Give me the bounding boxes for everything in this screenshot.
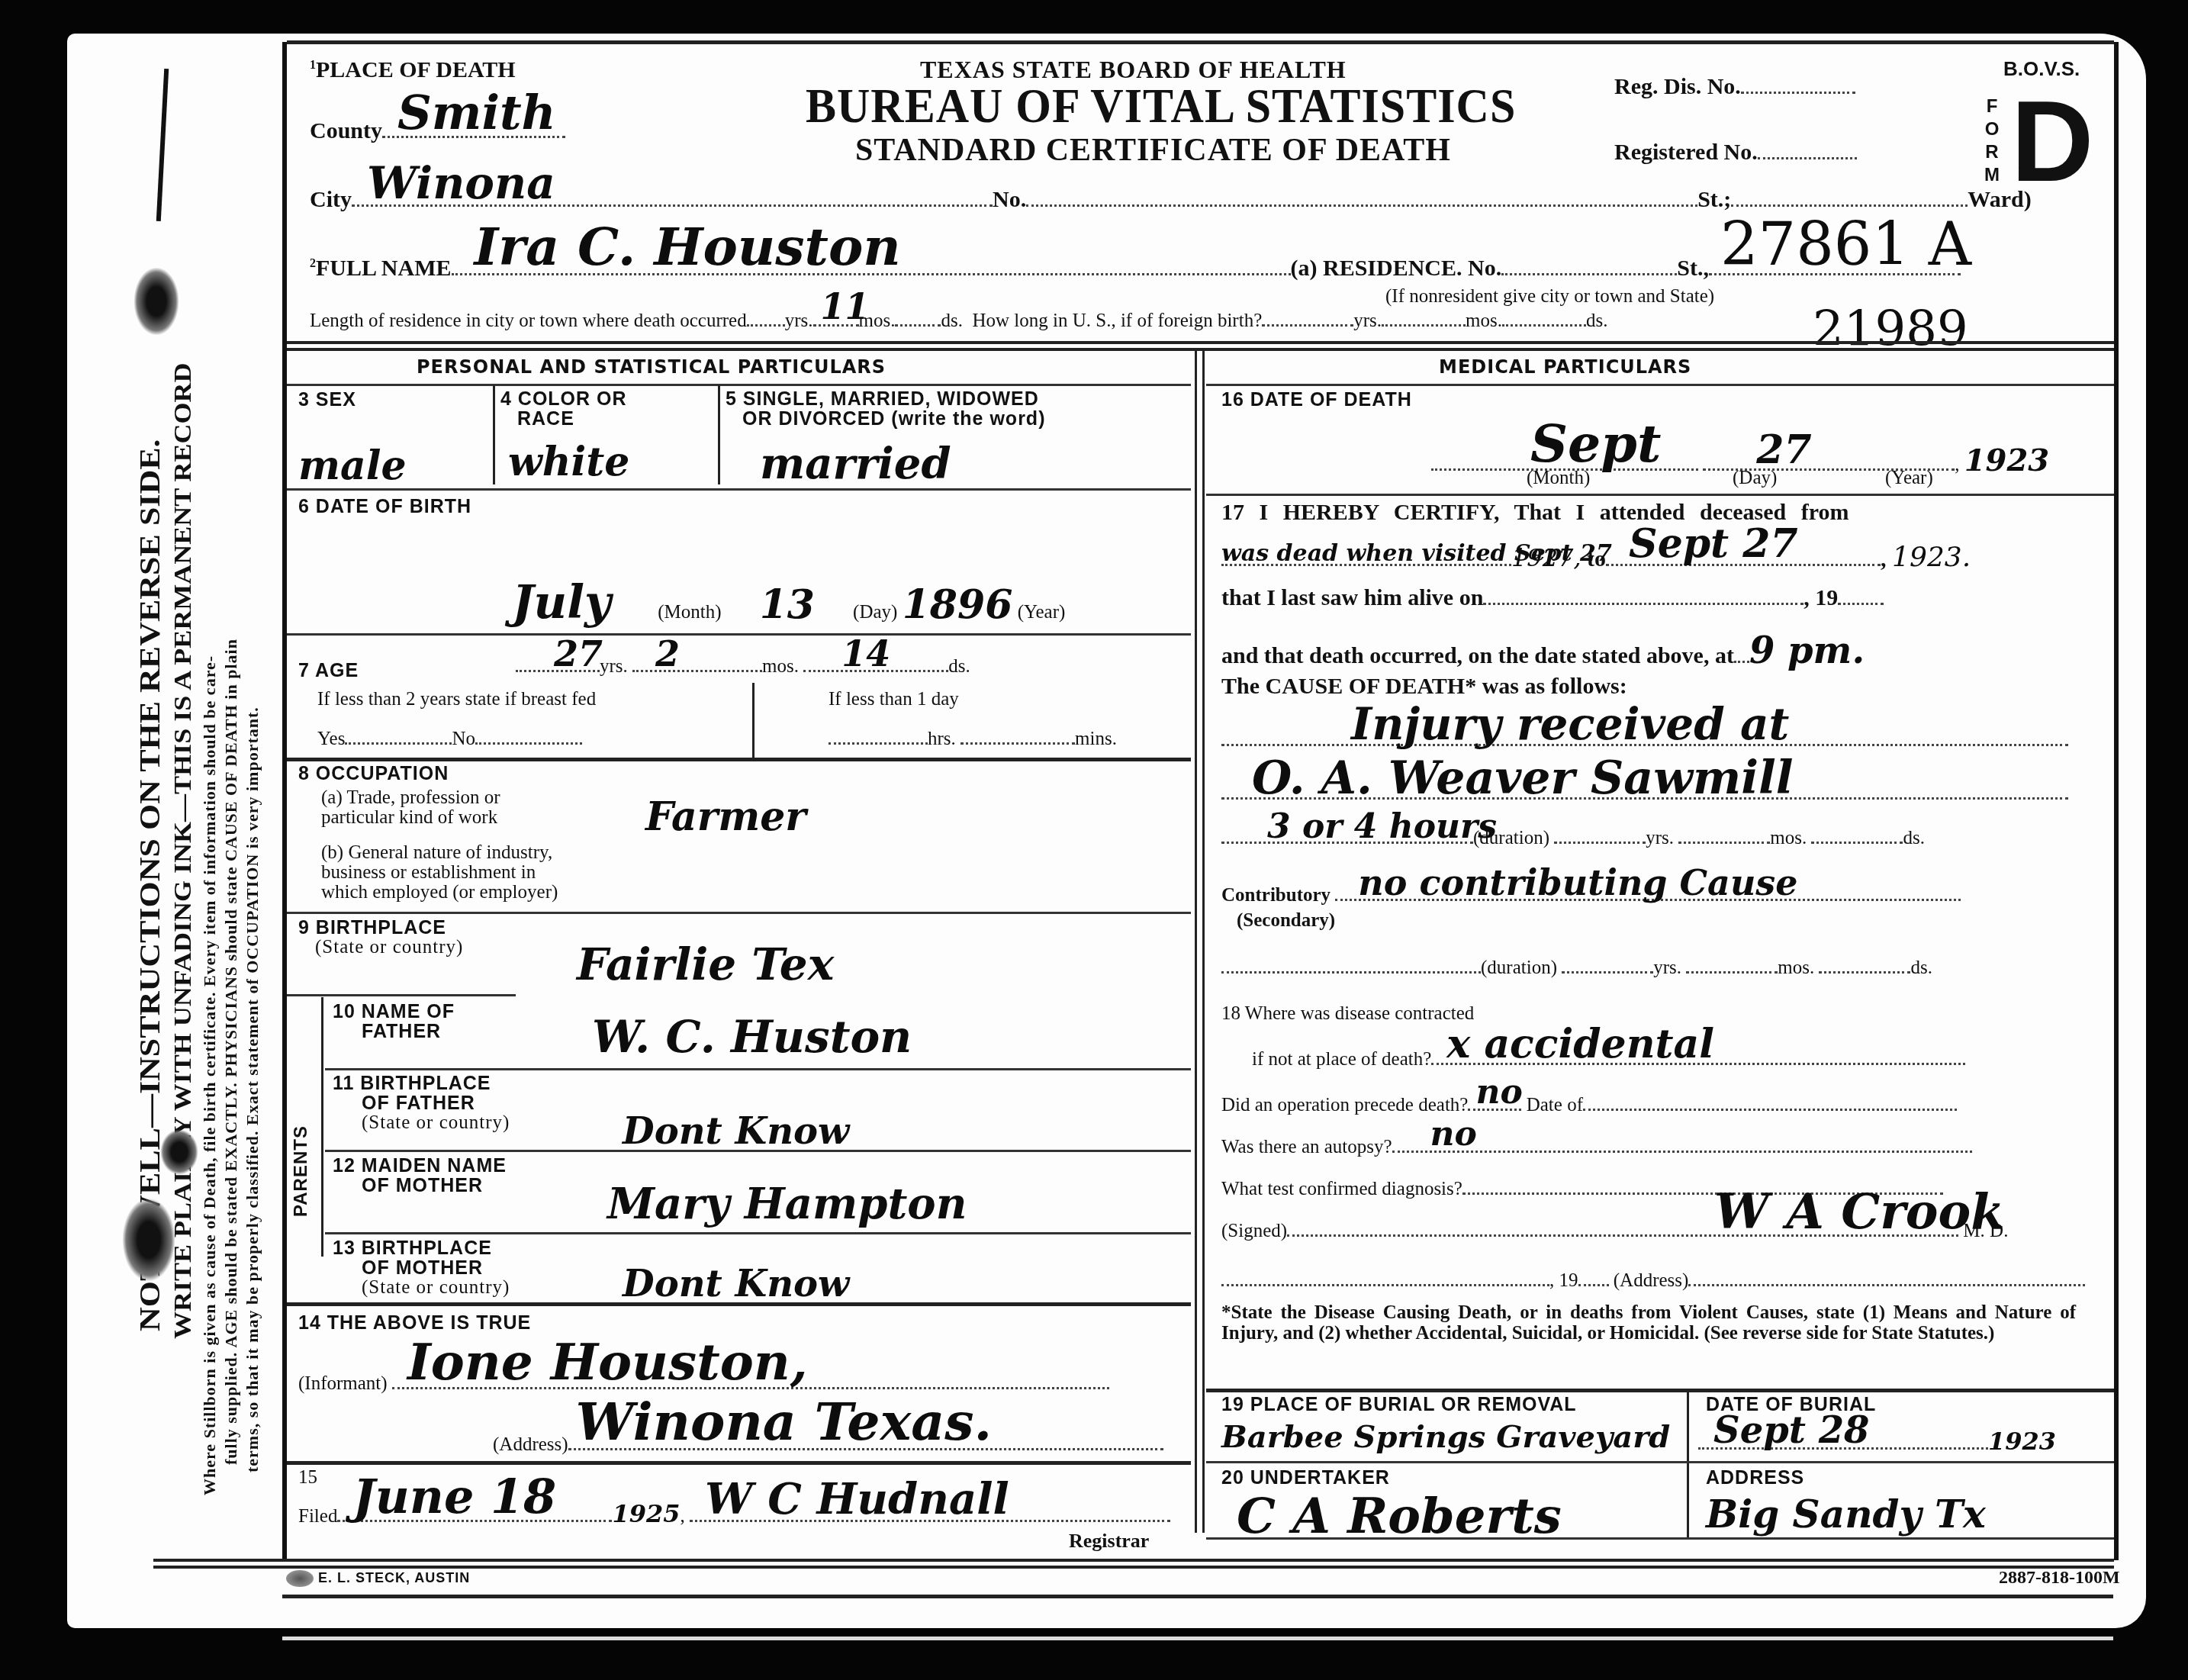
informant-value: Ione Houston,	[407, 1332, 808, 1392]
father-name-value: W. C. Huston	[592, 1011, 912, 1063]
medical-heading: MEDICAL PARTICULARS	[1439, 356, 1691, 378]
cause-line-2: O. A. Weaver Sawmill	[1252, 751, 1794, 805]
cause-line-1: Injury received at	[1351, 698, 1789, 750]
certificate-number: 27861 A	[1720, 211, 1971, 279]
occupation-value: Farmer	[645, 793, 806, 840]
informant-address-value: Winona Texas.	[576, 1392, 993, 1453]
contributory-row: Contributory no contributing Cause	[1221, 885, 1961, 906]
breastfed-label: If less than 2 years state if breast fed	[317, 689, 596, 710]
age-days: 14	[841, 633, 890, 674]
undertaker-address-value: Big Sandy Tx	[1706, 1492, 1986, 1537]
filed-row: FiledJune 181925, W C Hudnall	[298, 1499, 1170, 1528]
filed-date: June 18	[352, 1469, 556, 1524]
father-birthplace-label: 11 BIRTHPLACEOF FATHER(State or country)	[333, 1073, 510, 1133]
sex-value: male	[298, 443, 407, 489]
dob-day: 13	[726, 581, 848, 628]
burial-place-value: Barbee Springs Graveyard	[1221, 1419, 1670, 1455]
dob-label: 6 DATE OF BIRTH	[298, 496, 471, 518]
residence-note: (If nonresident give city or town and St…	[1385, 286, 1714, 307]
cause-duration-row: 3 or 4 hours(duration) yrs. mos. ds.	[1221, 828, 1925, 849]
last-saw-row: that I last saw him alive on, 19	[1221, 585, 1884, 611]
printer-mark: E. L. STECK, AUSTIN	[286, 1570, 470, 1587]
dod-month: Sept	[1530, 414, 1661, 475]
county-value: Smith	[397, 85, 556, 140]
less-than-day-label: If less than 1 day	[829, 689, 959, 710]
mother-name-value: Mary Hampton	[607, 1179, 967, 1229]
registrar-label: Registrar	[1069, 1530, 1149, 1553]
length-residence-row: Length of residence in city or town wher…	[310, 311, 1607, 332]
burial-date-value: Sept 28	[1713, 1409, 1869, 1452]
city-value: Winona	[367, 157, 555, 209]
age-label: 7 AGE	[298, 660, 359, 682]
father-name-label: 10 NAME OFFATHER	[333, 1002, 455, 1041]
attended-from: was dead when visited Sept 27	[1221, 540, 1612, 567]
attended-to: Sept 27	[1629, 520, 1797, 567]
dob-year: 1896	[903, 581, 1013, 628]
parents-label: PARENTS	[291, 1125, 312, 1217]
dob-row: July (Month) 13 (Day) 1896 (Year)	[470, 576, 1187, 629]
occupation-label: 8 OCCUPATION	[298, 763, 449, 785]
birthplace-value: Fairlie Tex	[577, 938, 834, 990]
residence-months: 11	[821, 286, 870, 327]
contributory-value: no contributing Cause	[1358, 862, 1797, 903]
contracted-label: 18 Where was disease contracted	[1221, 1003, 1474, 1025]
reg-dis-label: Reg. Dis. No.	[1614, 74, 1855, 100]
undertaker-address-label: ADDRESS	[1706, 1467, 1804, 1489]
place-of-death-label: 1PLACE OF DEATH	[310, 57, 516, 83]
filed-year: 1925	[612, 1499, 680, 1528]
autopsy-row: Was there an autopsy?no	[1221, 1137, 1972, 1158]
ink-blot	[134, 267, 179, 336]
marital-label: 5 SINGLE, MARRIED, WIDOWEDOR DIVORCED (w…	[726, 389, 1045, 429]
mother-birthplace-value: Dont Know	[623, 1263, 849, 1305]
registered-no-label: Registered No.	[1614, 140, 1857, 166]
birthplace-label: 9 BIRTHPLACE(State or country)	[298, 918, 463, 957]
printer-seal-icon	[286, 1570, 314, 1587]
death-time: 9 pm.	[1749, 629, 1865, 672]
cause-duration: 3 or 4 hours	[1267, 807, 1497, 846]
contracted-row: if not at place of death?x accidental	[1252, 1049, 1965, 1070]
cause-label: The CAUSE OF DEATH* was as follows:	[1221, 674, 1627, 700]
full-name-label: 2FULL NAMEIra C. Houston(a) RESIDENCE. N…	[310, 256, 1961, 282]
undertaker-value: C A Roberts	[1237, 1488, 1562, 1545]
margin-write-plainly: WRITE PLAINLY WITH UNFADING INK—THIS IS …	[169, 362, 197, 1339]
death-occurred-row: and that death occurred, on the date sta…	[1221, 629, 1865, 672]
county-label: CountySmith	[310, 118, 565, 144]
burial-place-label: 19 PLACE OF BURIAL OR REMOVAL	[1221, 1394, 1577, 1416]
marital-value: married	[760, 439, 951, 489]
contracted-value: x accidental	[1446, 1021, 1714, 1067]
header-divider	[287, 341, 2114, 351]
attended-row: was dead when visited Sept 271927, toSep…	[1221, 542, 1971, 573]
age-months: 2	[655, 633, 680, 674]
above-true-label: 14 THE ABOVE IS TRUE	[298, 1312, 531, 1334]
bureau-title: BUREAU OF VITAL STATISTICS	[806, 79, 1516, 134]
form-word: FORM	[1984, 95, 2000, 187]
operation-row: Did an operation precede death?no Date o…	[1221, 1095, 1957, 1116]
margin-instruction-1: Where Stillborn is given as cause of Dea…	[200, 655, 220, 1495]
dod-year: 1923	[1964, 443, 2049, 478]
ink-blot	[160, 1129, 198, 1175]
sex-label: 3 SEX	[298, 389, 356, 411]
mother-name-label: 12 MAIDEN NAMEOF MOTHER	[333, 1156, 507, 1196]
undertaker-label: 20 UNDERTAKER	[1221, 1467, 1390, 1489]
registrar-signature: W C Hudnall	[705, 1474, 1009, 1524]
informant-address-row: (Address)Winona Texas.	[493, 1434, 1163, 1456]
footnote: *State the Disease Causing Death, or in …	[1221, 1302, 2076, 1344]
race-value: white	[508, 439, 629, 485]
column-divider	[1195, 350, 1197, 1533]
race-label: 4 COLOR ORRACE	[500, 389, 627, 429]
form-letter: D	[2011, 84, 2093, 198]
certificate-title: STANDARD CERTIFICATE OF DEATH	[855, 132, 1451, 169]
signed-row: (Signed)W A Crook M. D.	[1221, 1221, 2008, 1242]
death-certificate-form: 1PLACE OF DEATH TEXAS STATE BOARD OF HEA…	[282, 42, 2119, 1560]
city-label: CityWinonaNo.St.;Ward)	[310, 187, 2032, 213]
deceased-name: Ira C. Houston	[475, 217, 901, 278]
form-code: 2887-818-100M	[1999, 1568, 2120, 1588]
autopsy-value: no	[1430, 1115, 1477, 1154]
mother-birthplace-label: 13 BIRTHPLACEOF MOTHER(State or country)	[333, 1238, 510, 1298]
personal-heading: PERSONAL AND STATISTICAL PARTICULARS	[417, 356, 886, 378]
dod-label: 16 DATE OF DEATH	[1221, 389, 1412, 411]
operation-value: no	[1475, 1073, 1522, 1112]
dob-month: July	[470, 576, 653, 629]
burial-year: 1923	[1988, 1427, 2056, 1456]
dod-day: 27	[1756, 426, 1811, 473]
margin-instruction-2: fully supplied. AGE should be stated EXA…	[221, 639, 241, 1465]
father-birthplace-value: Dont Know	[623, 1110, 849, 1153]
age-years: 27	[554, 633, 603, 674]
ink-blot	[122, 1198, 175, 1282]
margin-instruction-3: terms, so that it may be properly classi…	[243, 706, 262, 1472]
filed-num: 15	[298, 1467, 317, 1489]
age-row: 27yrs. 2mos. 14ds.	[516, 656, 970, 677]
physician-signature: W A Crook	[1714, 1183, 2004, 1241]
